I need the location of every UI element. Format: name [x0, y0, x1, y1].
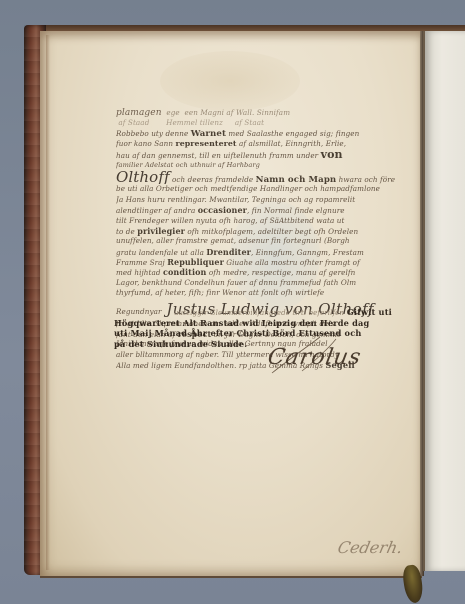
- text-line: to de privilegier ofh mitkofplagem, adel…: [116, 226, 406, 236]
- text-line: be uti alla Orbetiger och medtfendige Ha…: [116, 184, 406, 194]
- text-line: aller blltamnmorg af ngber. Till ytterme…: [116, 350, 406, 360]
- text-line: fuor kano Sann representeret af alsmilla…: [116, 139, 406, 149]
- text-line: Framme Sraj Republiquer Giuahe alla most…: [116, 257, 406, 267]
- text-line: familier Adelstat och uthnuir af Harhbar…: [116, 160, 406, 170]
- text-line: Alla med ligem Eundfandolthen. rp jatta …: [116, 360, 406, 370]
- text-line: med hijhtad condition ofh medre, respect…: [116, 267, 406, 277]
- countersignature: Cederh.: [336, 538, 405, 557]
- text-line: tilt Frendeger willen nyuta ofh harog, a…: [116, 216, 406, 226]
- closing-line: Högqwarteret Alt Ranstad wid Leipzig den…: [114, 318, 414, 329]
- text-line: Olthoff och deeras framdelde Namn och Ma…: [116, 170, 406, 184]
- age-stain: [160, 51, 300, 111]
- text-line: alendtlinger af andra occasioner, fin No…: [116, 205, 406, 215]
- text-line: gratu landenfale ut alla Drenditer, Einn…: [116, 247, 406, 257]
- text-line: Robbebo uty denne Warnet med Saalasthe e…: [116, 129, 406, 139]
- text-line: hau af dan gennemst, till en uiftellenut…: [116, 150, 406, 160]
- royal-signature: Carolus: [266, 345, 364, 370]
- page-fold-margin: [46, 35, 50, 570]
- text-line: unuffelen, aller framstre gemat, adsenur…: [116, 236, 406, 246]
- text-line: af Staad Hemmel tillenz af Staat: [116, 118, 406, 128]
- text-line: Ja Hans huru rentlingar. Mwantilar, Tegn…: [116, 195, 406, 205]
- text-line: thyrfumd, af heter, fifh; finr Wenor att…: [116, 288, 406, 298]
- text-line: plamagen ege een Magni af Wall. Sinnifam: [116, 108, 406, 118]
- facing-page: [423, 31, 465, 571]
- closing-line: uutelgglr Gleumderbinfangrede tirtl befe…: [114, 307, 414, 318]
- text-line: Lagor, benkthund Condelhun fauer af dnnu…: [116, 278, 406, 288]
